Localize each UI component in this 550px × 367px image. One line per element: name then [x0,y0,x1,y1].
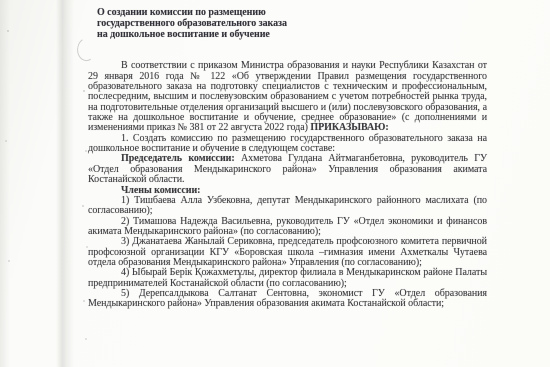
order-word: ПРИКАЗЫВАЮ: [310,122,388,133]
chairman-paragraph: Председатель комиссии: Ахметова Гулдана … [88,154,487,185]
member-item-2: 2) Тимашова Надежда Васильевна, руководи… [88,217,487,238]
title-line-2: государственного образовательного заказа [97,19,487,30]
scan-edge-shadow [56,0,74,367]
chairman-label: Председатель комиссии: [121,153,235,164]
document-page: О создании комиссии по размещению госуда… [0,0,550,367]
document-title: О создании комиссии по размещению госуда… [97,8,487,40]
intro-text: В соответствии с приказом Министра образ… [88,60,487,133]
title-line-3: на дошкольное воспитание и обучение [97,30,487,41]
intro-paragraph: В соответствии с приказом Министра образ… [88,61,487,133]
member-item-3: 3) Джанатаева Жанылай Сериковна, председ… [88,237,487,268]
item-create-commission: 1. Создать комиссию по размещению госуда… [88,134,487,155]
document-content: О создании комиссии по размещению госуда… [88,8,487,310]
member-item-5: 5) Дерепсалдыкова Салтанат Сентовна, эко… [88,289,487,310]
member-item-4: 4) Ыбырай Берік Қожахметұлы, директор фи… [88,268,487,289]
scan-left-smudge [0,0,10,367]
member-item-1: 1) Тишбаева Алла Узбековна, депутат Менд… [88,196,487,217]
scan-noise-specks [0,0,2,2]
